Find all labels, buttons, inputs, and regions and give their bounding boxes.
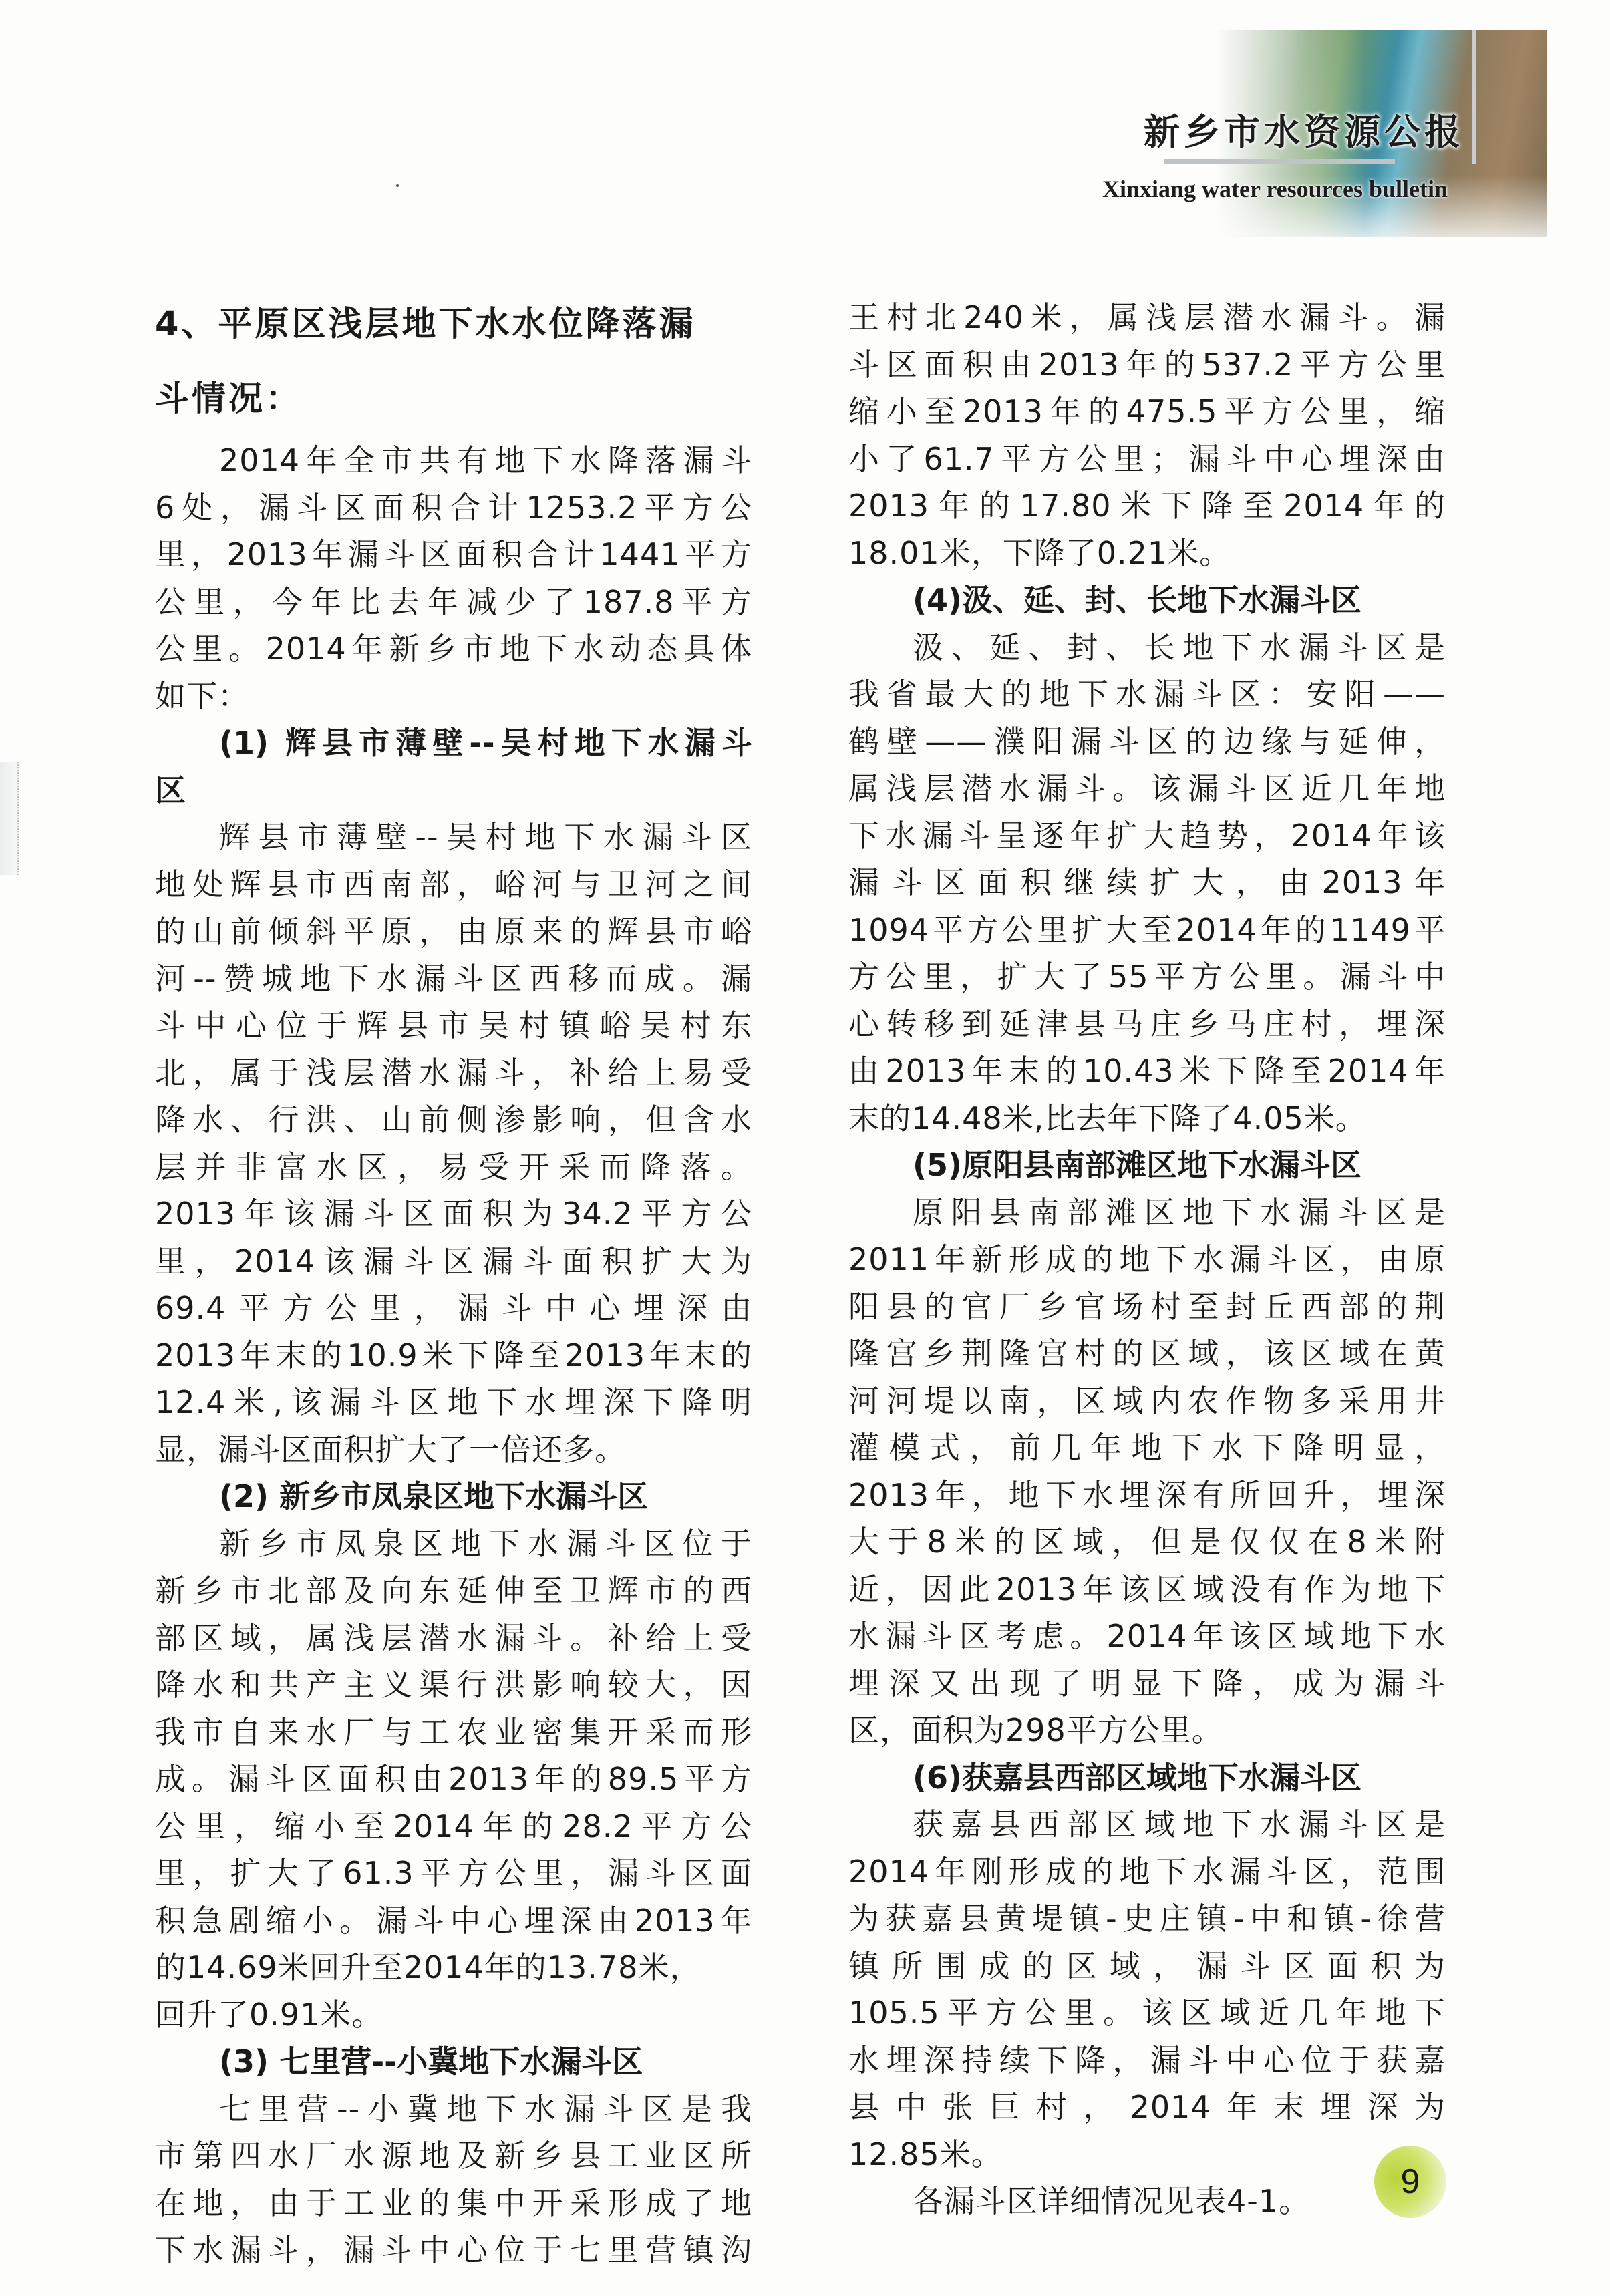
funnel-2-heading: (2) 新乡市凤泉区地下水漏斗区 (155, 1473, 752, 1520)
text-line: 2014年刚形成的地下水漏斗区，范围 (848, 1848, 1446, 1896)
funnel-3-body-part-2: 王村北240米，属浅层潜水漏斗。漏 斗区面积由2013年的537.2平方公里 缩… (848, 294, 1446, 577)
text-line: 1094平方公里扩大至2014年的1149平 (848, 907, 1446, 954)
page-number-badge: 9 (1374, 2146, 1446, 2218)
text-line: 鹤壁——濮阳漏斗区的边缘与延伸， (848, 718, 1446, 766)
text-line: 降水、行洪、山前侧渗影响，但含水 (155, 1096, 752, 1144)
text-line: 2013年，地下水埋深有所回升，埋深 (848, 1472, 1446, 1519)
funnel-3-body-part-1: 七里营--小冀地下水漏斗区是我 市第四水厂水源地及新乡县工业区所 在地，由于工业… (155, 2086, 752, 2274)
section-title-line-2: 斗情况： (155, 362, 752, 437)
funnel-4-body: 汲、延、封、长地下水漏斗区是 我省最大的地下水漏斗区：安阳—— 鹤壁——濮阳漏斗… (848, 624, 1446, 1142)
banner-horizontal-rule (1164, 159, 1395, 164)
left-column: 4、平原区浅层地下水水位降落漏 斗情况： 2014年全市共有地下水降落漏斗 6处… (155, 287, 752, 2274)
section-title-line-1: 4、平原区浅层地下水水位降落漏 (155, 287, 752, 362)
text-line: 公里。2014年新乡市地下水动态具体 (155, 625, 752, 673)
page-edge-scuff (0, 762, 19, 875)
text-line: 我省最大的地下水漏斗区：安阳—— (848, 671, 1446, 718)
text-line: 小了61.7平方公里；漏斗中心埋深由 (848, 436, 1446, 483)
text-line: 辉县市薄壁--吴村地下水漏斗区 (155, 814, 752, 861)
funnel-1-heading: (1) 辉县市薄壁--吴村地下水漏斗 (155, 719, 752, 767)
text-line: 的山前倾斜平原，由原来的辉县市峪 (155, 908, 752, 955)
text-line: 镇所围成的区域，漏斗区面积为 (848, 1943, 1446, 1990)
text-line: 河河堤以南，区域内农作物多采用井 (848, 1377, 1446, 1425)
text-line: 12.4米,该漏斗区地下水埋深下降明 (155, 1379, 752, 1426)
text-line: 大于8米的区域，但是仅仅在8米附 (848, 1518, 1446, 1566)
text-line: 七里营--小冀地下水漏斗区是我 (155, 2086, 752, 2133)
text-line: 为获嘉县黄堤镇-史庄镇-中和镇-徐营 (848, 1895, 1446, 1943)
text-line: 斗区面积由2013年的537.2平方公里 (848, 341, 1446, 389)
publication-subtitle: Xinxiang water resources bulletin (1102, 175, 1448, 203)
text-line: 埋深又出现了明显下降，成为漏斗 (848, 1660, 1446, 1707)
text-line: 2011年新形成的地下水漏斗区，由原 (848, 1236, 1446, 1283)
text-line: 水漏斗区考虑。2014年该区域地下水 (848, 1613, 1446, 1660)
text-line: 方公里，扩大了55平方公里。漏斗中 (848, 953, 1446, 1001)
text-line: 由2013年末的10.43米下降至2014年 (848, 1047, 1446, 1095)
publication-title: 新乡市水资源公报 (1144, 104, 1464, 155)
right-column: 王村北240米，属浅层潜水漏斗。漏 斗区面积由2013年的537.2平方公里 缩… (848, 294, 1446, 2225)
text-line: 105.5平方公里。该区域近几年地下 (848, 1989, 1446, 2037)
text-line: 新乡市北部及向东延伸至卫辉市的西 (155, 1567, 752, 1615)
text-line: 部区域，属浅层潜水漏斗。补给上受 (155, 1615, 752, 1662)
text-line: 积急剧缩小。漏斗中心埋深由2013年 (155, 1897, 752, 1945)
funnel-1-heading-cont: 区 (155, 767, 752, 814)
text-line: 下水漏斗呈逐年扩大趋势，2014年该 (848, 812, 1446, 860)
text-line: 6处，漏斗区面积合计1253.2平方公 (155, 484, 752, 532)
text-line: 2014年全市共有地下水降落漏斗 (155, 437, 752, 484)
text-line: 心转移到延津县马庄乡马庄村，埋深 (848, 1001, 1446, 1048)
funnel-6-heading: (6)获嘉县西部区域地下水漏斗区 (848, 1754, 1446, 1802)
funnel-2-body: 新乡市凤泉区地下水漏斗区位于 新乡市北部及向东延伸至卫辉市的西 部区域，属浅层潜… (155, 1520, 752, 2039)
text-line: 的14.69米回升至2014年的13.78米， (155, 1944, 752, 1991)
closing-note: 各漏斗区详细情况见表4-1。 (848, 2178, 1446, 2225)
text-line: 新乡市凤泉区地下水漏斗区位于 (155, 1520, 752, 1568)
text-line: 县中张巨村，2014年末埋深为 (848, 2084, 1446, 2131)
text-line: 区，面积为298平方公里。 (848, 1707, 1446, 1754)
text-line: 北，属于浅层潜水漏斗，补给上易受 (155, 1049, 752, 1097)
text-line: 在地，由于工业的集中开采形成了地 (155, 2180, 752, 2227)
text-line: 降水和共产主义渠行洪影响较大，因 (155, 1661, 752, 1709)
text-line: 成。漏斗区面积由2013年的89.5平方 (155, 1756, 752, 1803)
text-line: 斗中心位于辉县市吴村镇峪吴村东 (155, 1002, 752, 1049)
text-line: 获嘉县西部区域地下水漏斗区是 (848, 1801, 1446, 1848)
text-line: 2013年末的10.9米下降至2013年末的 (155, 1332, 752, 1379)
text-line: 公里，缩小至2014年的28.2平方公 (155, 1803, 752, 1850)
text-line: 原阳县南部滩区地下水漏斗区是 (848, 1189, 1446, 1237)
text-line: 公里，今年比去年减少了187.8平方 (155, 579, 752, 626)
text-line: 阳县的官厂乡官场村至封丘西部的荆 (848, 1283, 1446, 1331)
text-line: 市第四水厂水源地及新乡县工业区所 (155, 2132, 752, 2180)
text-line: 里，2013年漏斗区面积合计1441平方 (155, 531, 752, 579)
intro-paragraph: 2014年全市共有地下水降落漏斗 6处，漏斗区面积合计1253.2平方公 里，2… (155, 437, 752, 719)
text-line: 回升了0.91米。 (155, 1991, 752, 2039)
text-line: 层并非富水区，易受开采而降落。 (155, 1144, 752, 1191)
text-line: 漏斗区面积继续扩大，由2013年 (848, 859, 1446, 907)
page-number: 9 (1401, 2162, 1420, 2202)
text-line: 69.4平方公里，漏斗中心埋深由 (155, 1285, 752, 1332)
text-line: 灌模式，前几年地下水下降明显， (848, 1424, 1446, 1472)
text-line: 河--赞城地下水漏斗区西移而成。漏 (155, 955, 752, 1003)
text-line: 水埋深持续下降，漏斗中心位于获嘉 (848, 2037, 1446, 2084)
text-line: 下水漏斗，漏斗中心位于七里营镇沟 (155, 2227, 752, 2274)
funnel-1-body: 辉县市薄壁--吴村地下水漏斗区 地处辉县市西南部，峪河与卫河之间 的山前倾斜平原… (155, 814, 752, 1473)
text-line: 里，扩大了61.3平方公里，漏斗区面 (155, 1850, 752, 1897)
text-line: 里，2014该漏斗区漏斗面积扩大为 (155, 1238, 752, 1285)
text-line: 12.85米。 (848, 2131, 1446, 2178)
text-line: 2013年该漏斗区面积为34.2平方公 (155, 1190, 752, 1238)
funnel-5-body: 原阳县南部滩区地下水漏斗区是 2011年新形成的地下水漏斗区，由原 阳县的官厂乡… (848, 1189, 1446, 1754)
text-line: 王村北240米，属浅层潜水漏斗。漏 (848, 294, 1446, 341)
text-line: 2013年的17.80米下降至2014年的 (848, 482, 1446, 530)
text-line: 18.01米，下降了0.21米。 (848, 530, 1446, 577)
funnel-6-body: 获嘉县西部区域地下水漏斗区是 2014年刚形成的地下水漏斗区，范围 为获嘉县黄堤… (848, 1801, 1446, 2178)
funnel-3-heading: (3) 七里营--小冀地下水漏斗区 (155, 2038, 752, 2086)
text-line: 属浅层潜水漏斗。该漏斗区近几年地 (848, 765, 1446, 812)
text-line: 地处辉县市西南部，峪河与卫河之间 (155, 861, 752, 909)
text-line: 末的14.48米,比去年下降了4.05米。 (848, 1095, 1446, 1142)
text-line: 我市自来水厂与工农业密集开采而形 (155, 1709, 752, 1756)
banner-vertical-rule (1472, 30, 1476, 164)
scan-speck (396, 184, 399, 187)
text-line: 隆宫乡荆隆宫村的区域，该区域在黄 (848, 1330, 1446, 1377)
funnel-4-heading: (4)汲、延、封、长地下水漏斗区 (848, 577, 1446, 624)
text-line: 如下： (155, 673, 752, 720)
text-line: 缩小至2013年的475.5平方公里，缩 (848, 388, 1446, 436)
text-line: 近，因此2013年该区域没有作为地下 (848, 1566, 1446, 1613)
funnel-5-heading: (5)原阳县南部滩区地下水漏斗区 (848, 1142, 1446, 1189)
text-line: 显，漏斗区面积扩大了一倍还多。 (155, 1426, 752, 1474)
text-line: 汲、延、封、长地下水漏斗区是 (848, 624, 1446, 671)
